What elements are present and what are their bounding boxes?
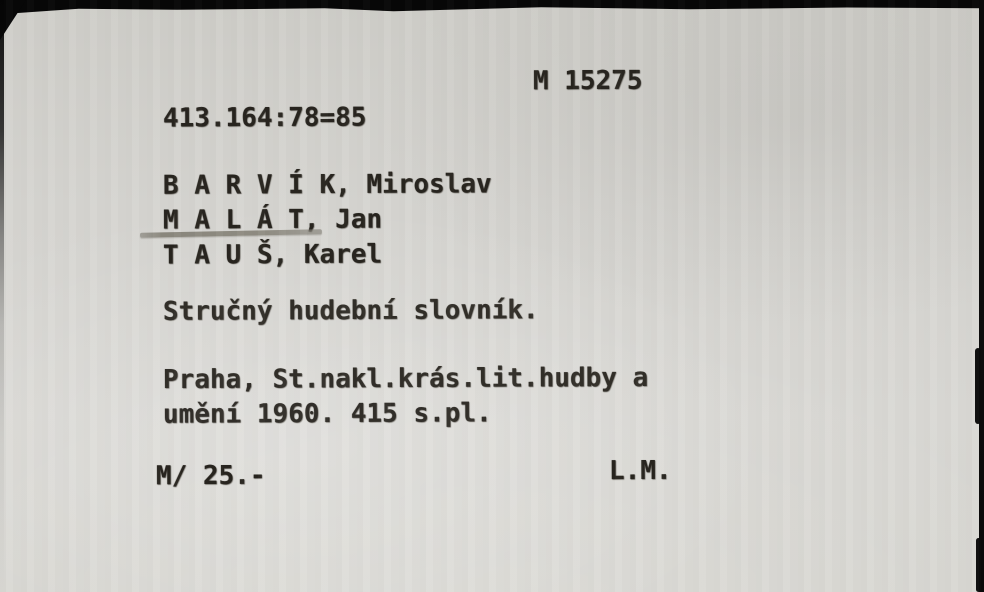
author-line-3: T A U Š, Karel [163,240,382,271]
scan-top-edge [0,0,984,15]
author-line-1: B A R V Í K, Miroslav [163,169,492,200]
classification-number: 413.164:78=85 [163,103,367,134]
imprint-line-1: Praha, St.nakl.krás.lit.hudby a [163,363,648,395]
accession-number: M 15275 [533,66,643,96]
scan-right-edge-notch [975,348,981,424]
scan-right-edge-notch [976,538,981,592]
scan-left-edge [0,0,4,592]
catalog-card-scan: M 15275 413.164:78=85 B A R V Í K, Miros… [0,0,984,592]
cataloguer-initials: L.M. [609,456,672,486]
price-note: M/ 25.- [156,461,266,491]
book-title: Stručný hudební slovník. [163,295,539,327]
scan-right-edge [979,0,984,592]
imprint-line-2: umění 1960. 415 s.pl. [163,398,492,429]
